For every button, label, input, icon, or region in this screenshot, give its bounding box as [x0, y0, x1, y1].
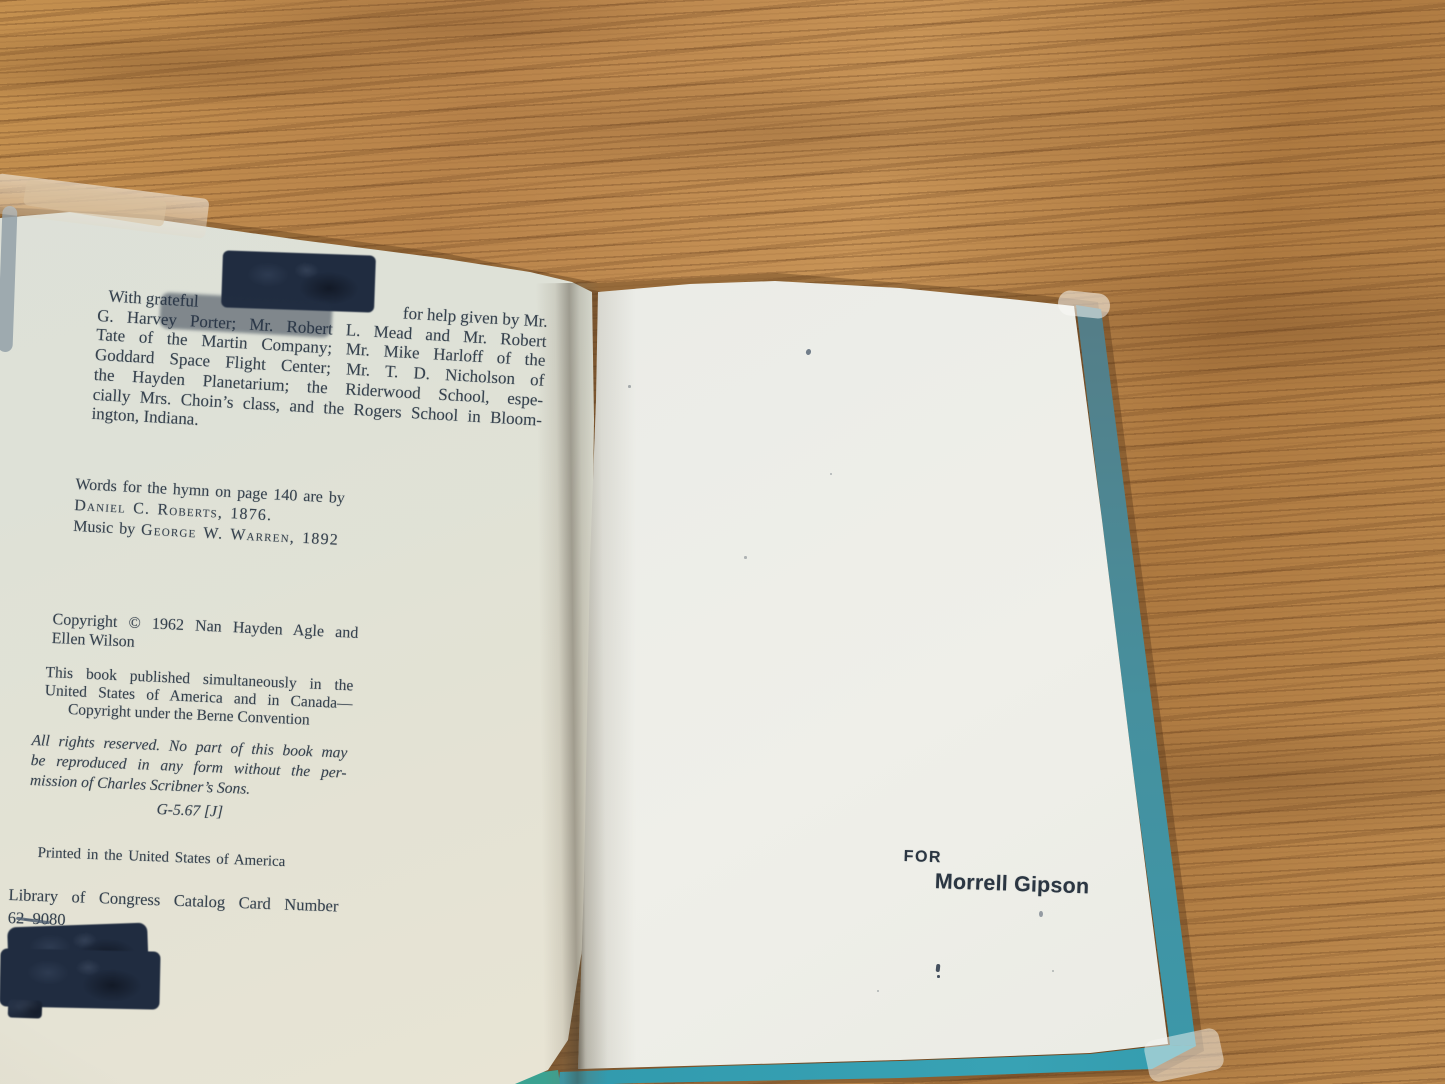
- ink-blot-dot: [937, 975, 940, 978]
- ink-blot: [936, 964, 941, 972]
- publication-notice: This book published simultaneously in th…: [44, 664, 354, 731]
- dust-speck: [877, 990, 879, 992]
- printed-in-usa: Printed in the United States of America: [37, 845, 285, 871]
- dust-speck: [744, 556, 747, 559]
- hymn-composer-prefix: Music by: [73, 518, 142, 539]
- copyright-notice: Copyright © 1962 Nan Hayden Agle and Ell…: [51, 611, 358, 662]
- dedication: FOR Morrell Gipson: [902, 848, 1090, 899]
- dedication-for-label: FOR: [903, 848, 1090, 872]
- page-gutter-shadow: [536, 283, 608, 1084]
- rights-notice: All rights reserved. No part of this boo…: [30, 731, 348, 804]
- redaction-ink-bottom-tail: [8, 999, 43, 1018]
- faint-ink-mark: [1039, 911, 1043, 917]
- ink-speck: [805, 348, 812, 355]
- dust-speck: [830, 473, 832, 475]
- photo-of-open-book: With grateful for help given by Mr. G. H…: [0, 0, 1445, 1084]
- printer-code: G-5.67 [J]: [156, 801, 223, 822]
- hymn-credit: Words for the hymn on page 140 are by Da…: [73, 474, 378, 553]
- dust-speck: [1052, 970, 1054, 972]
- dust-speck: [628, 385, 631, 388]
- dedication-name: Morrell Gipson: [934, 869, 1089, 899]
